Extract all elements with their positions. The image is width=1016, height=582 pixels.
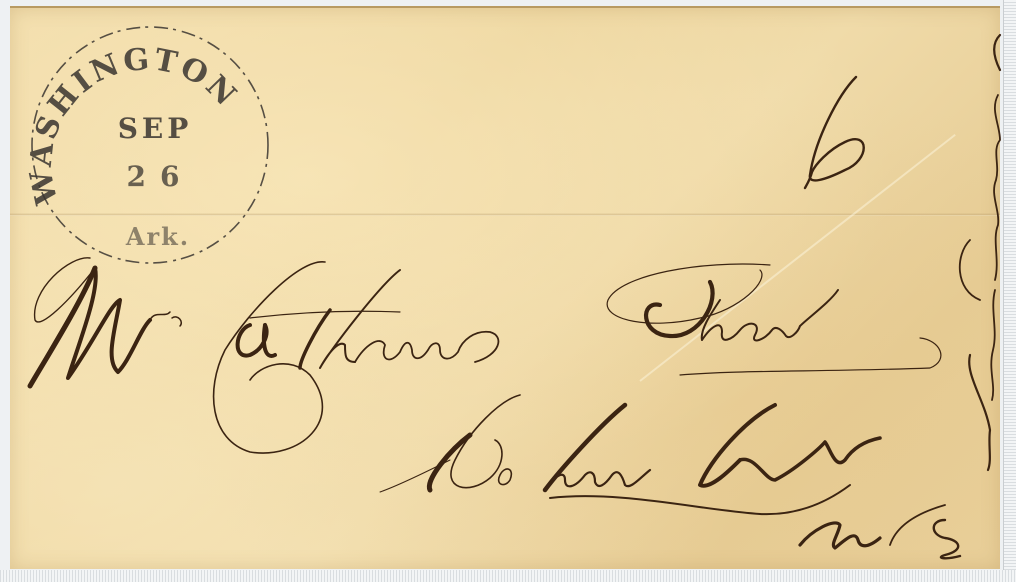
address-state bbox=[800, 505, 960, 558]
address-catharine bbox=[214, 262, 499, 453]
address-columbus bbox=[380, 395, 880, 514]
docket-vertical bbox=[960, 35, 1000, 470]
rate-marking-6 bbox=[805, 77, 864, 188]
address-stuart bbox=[607, 264, 941, 375]
handwriting bbox=[0, 0, 1016, 582]
address-mrs bbox=[30, 258, 181, 386]
